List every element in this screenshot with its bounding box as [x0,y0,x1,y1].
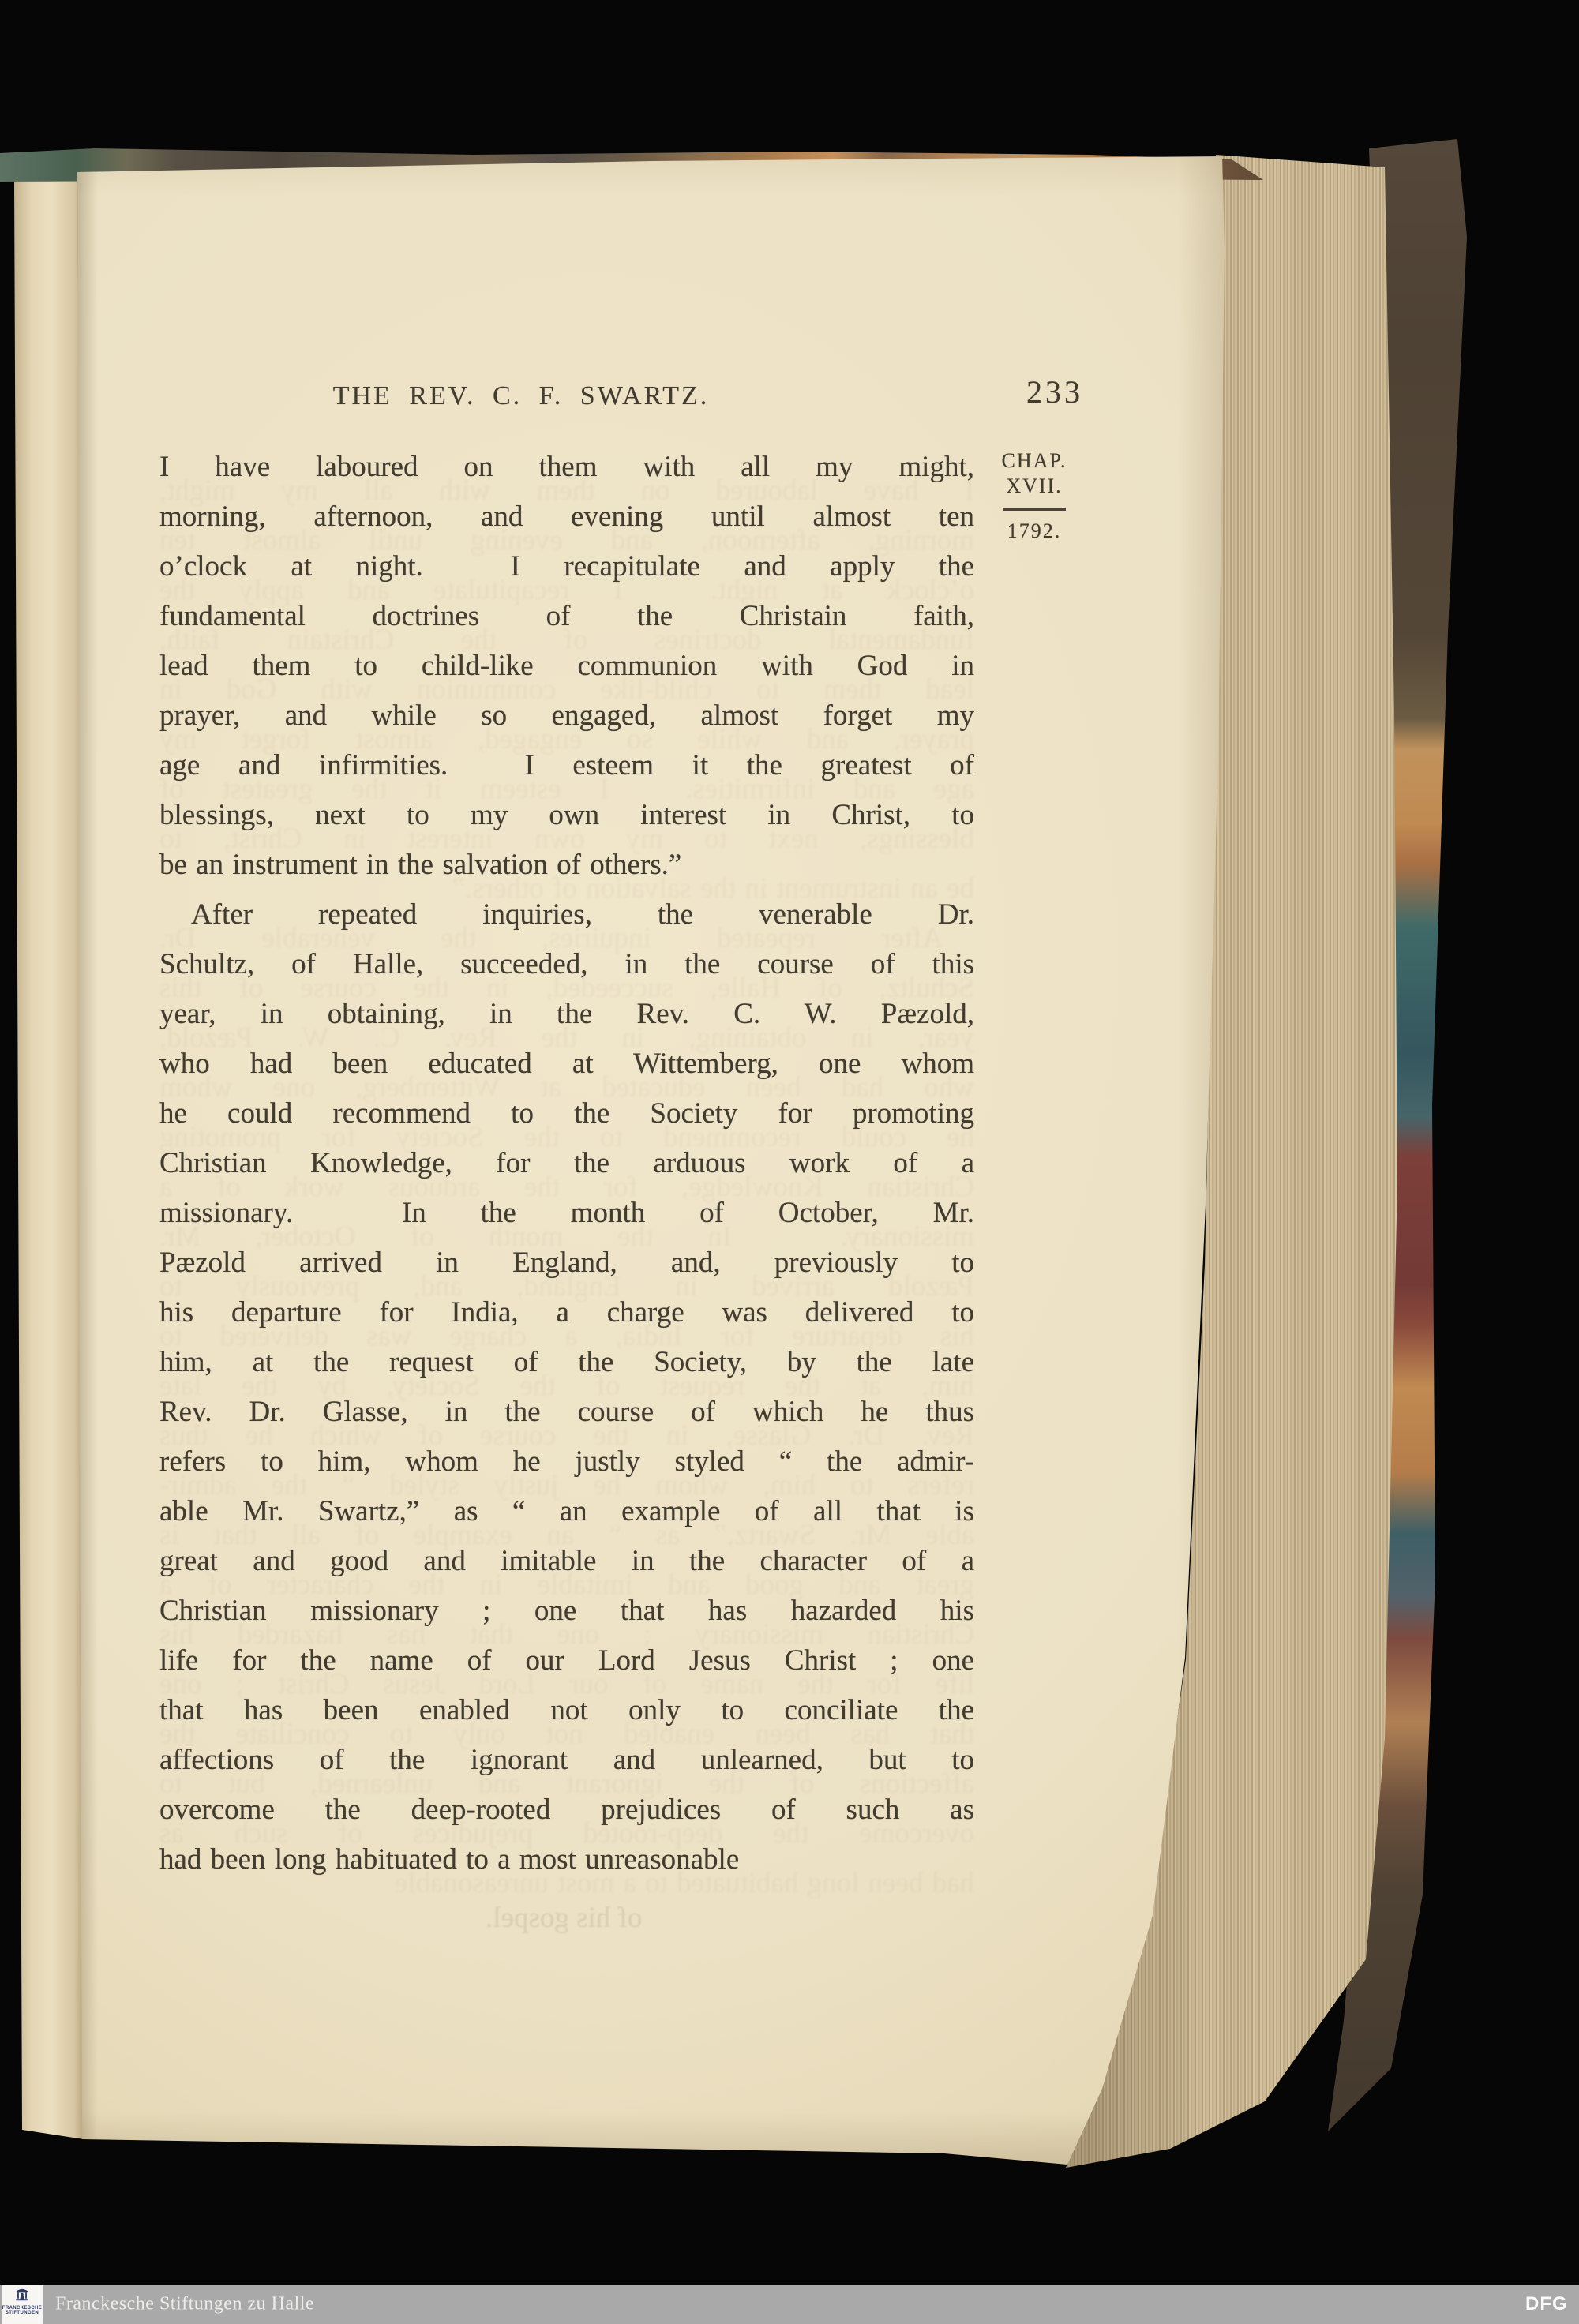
chapter-numeral: XVII. [987,474,1082,499]
text-line: able Mr. Swartz,” as “ an example of all… [159,1486,974,1536]
franckesche-emblem-icon [13,2287,31,2306]
dfg-logo: DFG [1525,2293,1568,2315]
body-text: I have laboured on them with all my migh… [159,442,974,1884]
text-line: After repeated inquiries, the venerable … [159,890,974,939]
logo-text-line2: STIFTUNGEN [6,2311,39,2315]
institution-name: Franckesche Stiftungen zu Halle [55,2294,314,2315]
running-head: THE REV. C. F. SWARTZ. [276,381,766,411]
text-line: Pæzold arrived in England, and, previous… [159,1238,974,1288]
facing-page-edge-sliver [8,166,87,2143]
chapter-label: CHAP. [987,448,1082,474]
page-number: 233 [1026,373,1083,410]
text-line: o’clock at night. I recapitulate and app… [159,542,974,591]
text-line: Schultz, of Halle, succeeded, in the cou… [159,939,974,989]
text-line: fundamental doctrines of the Christain f… [159,591,974,641]
margin-rule [1003,508,1066,511]
text-line: that has been enabled not only to concil… [159,1685,974,1735]
text-line: I have laboured on them with all my migh… [159,442,974,492]
text-line: prayer, and while so engaged, almost for… [159,691,974,740]
text-line: affections of the ignorant and unlearned… [159,1735,974,1785]
digitized-book-scan: I have laboured on them with all my migh… [0,0,1579,2324]
text-line: who had been educated at Wittemberg, one… [159,1039,974,1089]
text-line: him, at the request of the Society, by t… [159,1337,974,1387]
text-line: his departure for India, a charge was de… [159,1288,974,1337]
text-line: be an instrument in the salvation of oth… [159,840,974,890]
digitization-footer-bar: FRANCKESCHE STIFTUNGEN Franckesche Stift… [0,2285,1579,2324]
text-line: morning, afternoon, and evening until al… [159,492,974,542]
text-line: age and infirmities. I esteem it the gre… [159,740,974,790]
text-line: lead them to child-like communion with G… [159,641,974,691]
text-line: refers to him, whom he justly styled “ t… [159,1437,974,1486]
margin-note: CHAP. XVII. 1792. [987,448,1082,544]
text-line: great and good and imitable in the chara… [159,1536,974,1586]
text-line: life for the name of our Lord Jesus Chri… [159,1636,974,1685]
text-line: had been long habituated to a most unrea… [159,1835,974,1884]
text-line: Rev. Dr. Glasse, in the course of which … [159,1387,974,1437]
text-line: overcome the deep-rooted prejudices of s… [159,1785,974,1835]
text-line: Christian missionary ; one that has haza… [159,1586,974,1636]
text-line: Christian Knowledge, for the arduous wor… [159,1138,974,1188]
franckesche-stiftungen-logo: FRANCKESCHE STIFTUNGEN [2,2285,43,2324]
text-line: year, in obtaining, in the Rev. C. W. Pæ… [159,989,974,1039]
text-line: blessings, next to my own interest in Ch… [159,790,974,840]
text-line: he could recommend to the Society for pr… [159,1089,974,1138]
margin-year: 1792. [987,519,1082,544]
bleed-through-text: of his gospel. [486,1901,642,1935]
text-line: missionary. In the month of October, Mr. [159,1188,974,1238]
